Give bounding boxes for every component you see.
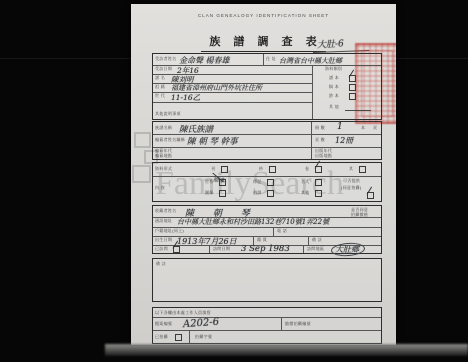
label-may-provide: 可否提供 bbox=[343, 179, 360, 184]
section-interviewee-table: 受訪者姓名 金命聲 楊春雄 住 址 台灣省台中縣大肚鄉 受訪日期 2年16 譜 … bbox=[152, 53, 382, 120]
label-unit-page: 頁 bbox=[373, 126, 377, 131]
label-interviewee-name: 受訪者姓名 bbox=[155, 57, 177, 62]
label-genealogy-title: 族譜名稱 bbox=[155, 126, 172, 131]
section-format-table: 資料形式 刊 抄 卷 其 內 容 世系 傳記 名人 圖像 祖訓 其他 可否提供 … bbox=[152, 162, 382, 202]
label-ancestral-home: 祖 籍 bbox=[155, 85, 165, 90]
type-other-blank-line bbox=[345, 110, 371, 111]
checkbox-content-portraits bbox=[219, 190, 226, 197]
hw-mailing-address: 台中縣大肚鄉永和村沙田路132巷710號1弄22號 bbox=[177, 217, 329, 227]
label-content-biography: 傳記 bbox=[253, 180, 262, 185]
label-other-notes: 其他說明事項 bbox=[155, 112, 181, 117]
label-phone: 電 話 bbox=[277, 229, 287, 234]
label-type-other: 其 他 bbox=[329, 105, 339, 110]
hw-page-count: 12冊 bbox=[335, 135, 353, 146]
form-title: 族 譜 調 查 表 bbox=[201, 33, 325, 52]
label-compiler: 編纂者姓名職稱 bbox=[155, 138, 185, 143]
checkbox-type-draft bbox=[349, 84, 356, 91]
label-birth-date: 出生日期 bbox=[155, 238, 172, 243]
label-format-manuscript: 抄 bbox=[259, 167, 263, 172]
checkbox-content-precepts bbox=[267, 190, 274, 197]
label-type-draft: 稿 本 bbox=[329, 85, 339, 90]
label-consent-line2: 拍攝微捲 bbox=[351, 213, 368, 218]
label-format: 資料形式 bbox=[155, 167, 172, 172]
label-interview-date: 受訪日期 bbox=[155, 67, 172, 72]
label-generations: 世 代 bbox=[155, 94, 165, 99]
hw-birth-date: 1913年7月26日 bbox=[177, 236, 237, 247]
label-volume-count: 冊 數 bbox=[315, 126, 325, 131]
section-holder-table: 收藏者姓名 陳 朝 琴 是否同意 拍攝微捲 通訊地址 台中縣大肚鄉永和村沙田路1… bbox=[152, 205, 382, 254]
label-content-notables: 名人 bbox=[301, 180, 310, 185]
label-format-other: 其 bbox=[349, 167, 353, 172]
label-interviewed: 已訪問 bbox=[155, 247, 168, 252]
hw-file-number: A202-6 bbox=[183, 317, 220, 330]
label-mailing-address: 通訊地址 bbox=[155, 219, 172, 224]
label-content-precepts: 祖訓 bbox=[253, 191, 262, 196]
label-genealogy-name: 譜 名 bbox=[155, 76, 165, 81]
checkbox-format-print bbox=[221, 166, 228, 173]
checkbox-filmed bbox=[175, 334, 182, 341]
label-native-place: 籍 貫 bbox=[257, 238, 267, 243]
label-type-copy: 鈔 本 bbox=[329, 94, 339, 99]
label-file-number: 檔案編號 bbox=[155, 322, 172, 327]
checkbox-content-biography bbox=[267, 179, 274, 186]
hw-volume-count: 1 bbox=[337, 122, 343, 132]
watermark-logo-square bbox=[134, 132, 151, 148]
checkbox-content-notables bbox=[315, 179, 322, 186]
label-visit-area: 訪問地區 bbox=[307, 247, 324, 252]
hw-compiler: 陳 朝 琴 幹事 bbox=[187, 135, 238, 147]
label-remarks: 備 註 bbox=[156, 262, 166, 267]
label-format-print: 刊 bbox=[211, 167, 215, 172]
label-registered-address: 戶籍地址(同上) bbox=[155, 229, 184, 234]
section-genealogy-table: 族譜名稱 陳氏族譜 冊 數 1 本 頁 編纂者姓名職稱 陳 朝 琴 幹事 頁 數… bbox=[152, 121, 382, 160]
handwritten-annotation: 大肚-6 bbox=[317, 36, 344, 50]
checkbox-format-other bbox=[359, 166, 366, 173]
label-unit-book: 本 bbox=[361, 126, 365, 131]
label-record-type-header: 資料類別 bbox=[325, 67, 342, 72]
section-remarks-box: 備 註 bbox=[152, 258, 382, 302]
hw-genealogy-title: 陳氏族譜 bbox=[179, 123, 213, 135]
label-type-book: 譜 本 bbox=[329, 76, 339, 81]
checkbox-content-other bbox=[315, 190, 322, 197]
label-content-other: 其他 bbox=[301, 191, 310, 196]
label-format-roll: 卷 bbox=[305, 167, 309, 172]
label-content-portraits: 圖像 bbox=[205, 191, 214, 196]
label-microfilm-number: 縮微拍攝編號 bbox=[285, 322, 311, 327]
checkbox-type-copy bbox=[349, 93, 356, 100]
checkbox-format-manuscript bbox=[269, 166, 276, 173]
page-bottom-shadow bbox=[105, 344, 468, 356]
label-holder-name: 收藏者姓名 bbox=[155, 209, 177, 214]
label-address: 住 址 bbox=[266, 57, 276, 62]
watermark-logo-square bbox=[132, 165, 151, 183]
label-office-use-note: 以下各欄由本處工作人員填寫 bbox=[155, 311, 211, 316]
hw-address: 台灣省台中縣大肚鄉 bbox=[279, 56, 342, 66]
form-page: CLAN GENEALOGY IDENTIFICATION SHEET 族 譜 … bbox=[131, 4, 396, 345]
label-visit-date: 訪問日期 bbox=[213, 247, 230, 252]
scanned-document-canvas: CLAN GENEALOGY IDENTIFICATION SHEET 族 譜 … bbox=[0, 0, 468, 362]
label-remark: 備 註 bbox=[312, 238, 322, 243]
label-publish-place: 出版地點 bbox=[315, 154, 332, 159]
hw-visit-date: 3 Sep 1983 bbox=[241, 244, 290, 254]
label-agree-filming: (同意拍攝) bbox=[341, 186, 361, 191]
label-compile-place: 編纂地點 bbox=[155, 154, 172, 159]
sheet-header: CLAN GENEALOGY IDENTIFICATION SHEET bbox=[131, 13, 396, 18]
label-filmed: 已拍攝 bbox=[155, 335, 168, 340]
label-film-reference: 拍攝字號 bbox=[195, 335, 212, 340]
label-page-count: 頁 數 bbox=[315, 138, 325, 143]
hw-generations: 11-16乙 bbox=[171, 92, 200, 103]
section-office-use-table: 以下各欄由本處工作人員填寫 檔案編號 A202-6 縮微拍攝編號 已拍攝 拍攝字… bbox=[152, 307, 382, 344]
label-content: 內 容 bbox=[155, 186, 165, 191]
